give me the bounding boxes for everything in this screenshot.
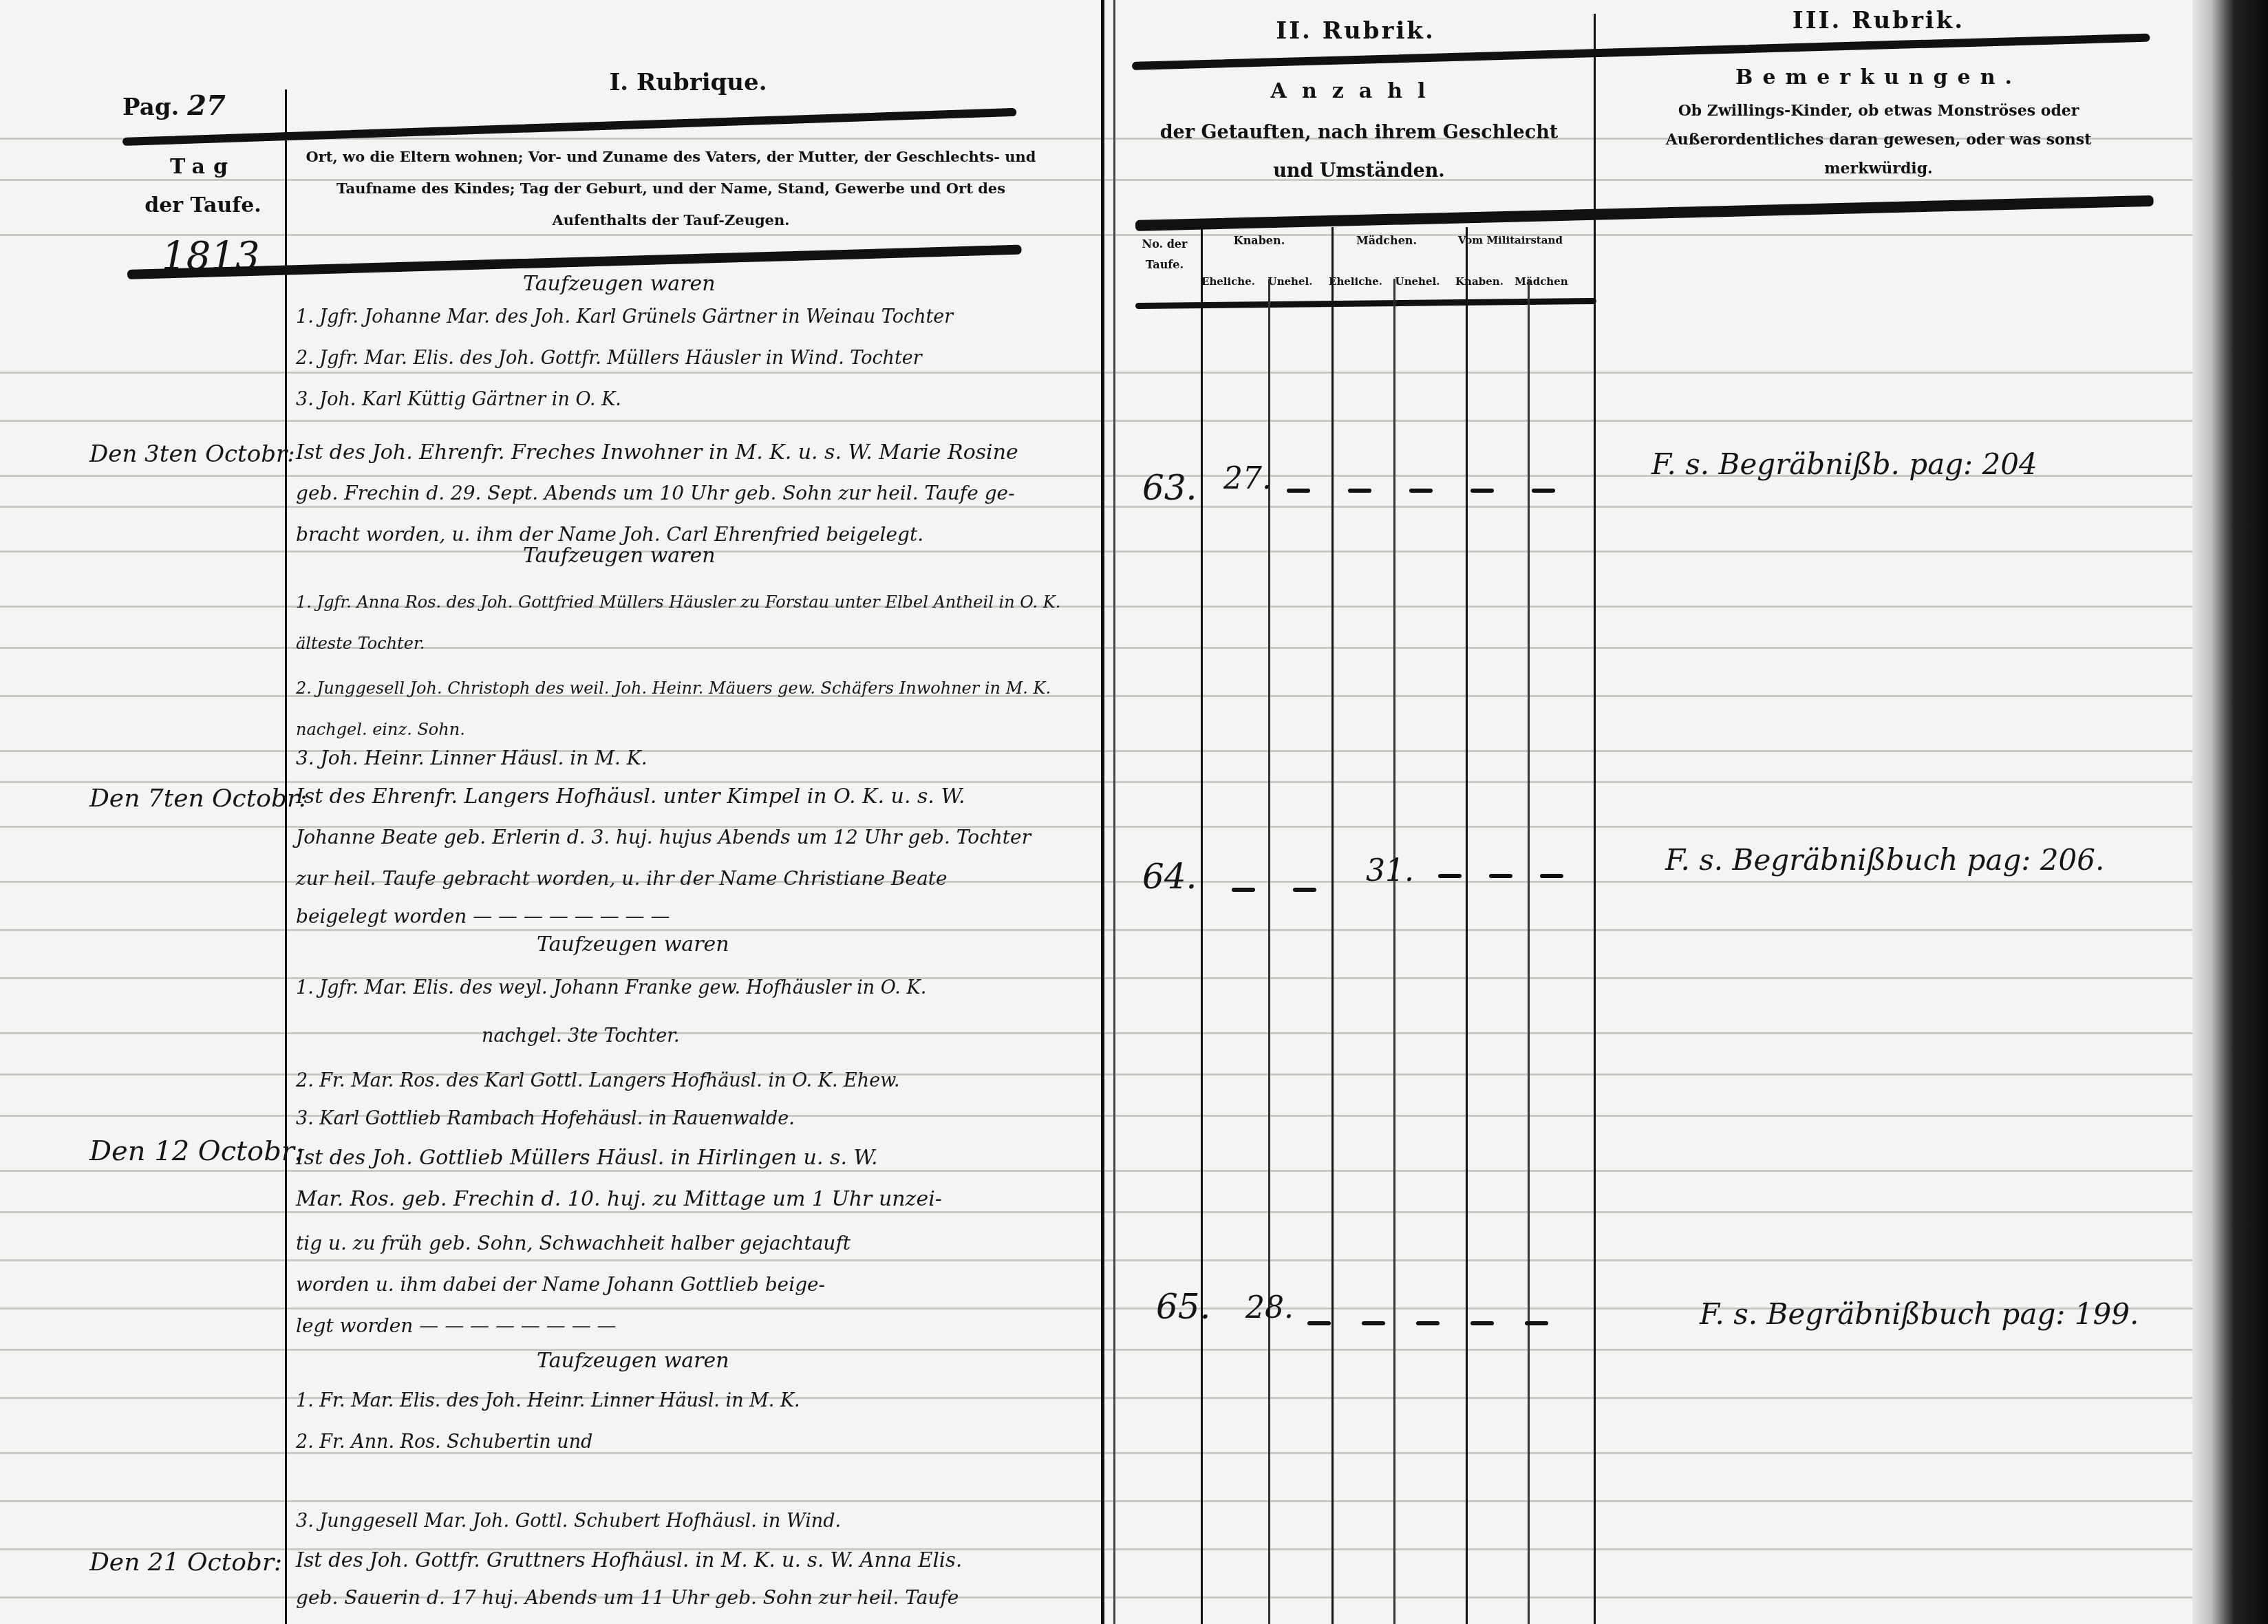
dash — [1525, 1321, 1548, 1325]
maedchen-unehel-header: Unehel. — [1387, 275, 1448, 288]
dash — [1470, 489, 1494, 493]
entry-3-empty-dashes — [1307, 1321, 1548, 1325]
header-rule-top-i — [122, 108, 1017, 146]
maedchen-group-header: Mädchen. — [1325, 234, 1448, 247]
entry-3-record-1: Ist des Joh. Gottlieb Müllers Häusl. in … — [296, 1146, 878, 1170]
entry-1-witness-heading: Taufzeugen waren — [523, 272, 716, 296]
maedchen-eheliche-header: Eheliche. — [1325, 275, 1387, 288]
entry-2-witness-3: 3. Joh. Heinr. Linner Häusl. in M. K. — [296, 747, 648, 769]
date-header-line2: der Taufe. — [127, 186, 279, 225]
entry-4-witness-heading: Taufzeugen waren — [537, 1349, 729, 1373]
entry-1-record-1: Ist des Joh. Ehrenfr. Freches Inwohner i… — [296, 440, 1018, 464]
entry-2-other-dashes — [1438, 874, 1563, 878]
dash — [1540, 874, 1563, 878]
dash — [1307, 1321, 1331, 1325]
entry-2-number: 64. — [1142, 857, 1197, 897]
entry-3-record-5: legt worden — — — — — — — — — [296, 1314, 617, 1337]
entry-1-record-2: geb. Frechin d. 29. Sept. Abends um 10 U… — [296, 482, 1015, 504]
entry-1-record-3: bracht worden, u. ihm der Name Joh. Carl… — [296, 523, 923, 546]
divider-main-column — [1101, 0, 1104, 1624]
entry-1-witness-1: 1. Jgfr. Johanne Mar. des Joh. Karl Grün… — [296, 306, 953, 328]
entry-3-date: Den 12 Octobr: — [89, 1135, 303, 1167]
bemerkungen-title: Bemerkungen. — [1638, 65, 2119, 89]
header-rule-bottom-ii-iii — [1135, 195, 2154, 231]
col-line-4 — [1393, 279, 1395, 1624]
anzahl-title: Anzahl — [1142, 79, 1569, 103]
date-header: Tag der Taufe. — [127, 148, 279, 225]
entry-2-record-2: Johanne Beate geb. Erlerin d. 3. huj. hu… — [296, 826, 1031, 848]
anzahl-subtitle: der Getauften, nach ihrem Geschlecht und… — [1156, 114, 1562, 191]
knaben-eheliche-header: Eheliche. — [1197, 275, 1259, 288]
knaben-group-header: Knaben. — [1197, 234, 1321, 247]
entry-1-number: 63. — [1142, 468, 1197, 508]
militair-maedchen-header: Mädchen — [1510, 275, 1572, 288]
entry-4-record-1: Ist des Joh. Gottfr. Gruttners Hofhäusl.… — [296, 1548, 962, 1572]
rubric-iii-title: III. Rubrik. — [1603, 7, 2154, 34]
divider-main-column-2 — [1113, 0, 1115, 1624]
dash — [1348, 489, 1371, 493]
date-header-line1: Tag — [127, 148, 279, 186]
entry-3-record-3: tig u. zu früh geb. Sohn, Schwachheit ha… — [296, 1232, 850, 1254]
divider-date-column — [285, 89, 287, 1624]
dash — [1438, 874, 1462, 878]
entry-2-record-1: Ist des Ehrenfr. Langers Hofhäusl. unter… — [296, 784, 965, 809]
dash — [1532, 489, 1555, 493]
entry-1-witness-2: 2. Jgfr. Mar. Elis. des Joh. Gottfr. Mül… — [296, 348, 922, 369]
entry-4-date: Den 21 Octobr: — [89, 1548, 282, 1577]
entry-2-knaben-dashes — [1232, 888, 1316, 892]
entry-3-witness-1: 1. Jgfr. Mar. Elis. des weyl. Johann Fra… — [296, 977, 926, 998]
rubric-ii-title: II. Rubrik. — [1142, 17, 1569, 45]
entry-4-witness-1: 1. Fr. Mar. Elis. des Joh. Heinr. Linner… — [296, 1390, 800, 1411]
page-label: Pag. 27 — [122, 89, 226, 122]
entry-4-record-2: geb. Sauerin d. 17 huj. Abends um 11 Uhr… — [296, 1586, 959, 1609]
dash — [1293, 888, 1316, 892]
entry-1-knaben-eheliche: 27. — [1223, 461, 1272, 496]
entry-2-witness-heading: Taufzeugen waren — [523, 544, 716, 568]
dash — [1287, 489, 1310, 493]
page-binding-edge — [2192, 0, 2268, 1624]
entry-1-remark: F. s. Begräbnißb. pag: 204 — [1651, 447, 2037, 481]
dash — [1416, 1321, 1440, 1325]
entry-2-date: Den 7ten Octobr: — [89, 784, 307, 813]
dash — [1232, 888, 1255, 892]
entry-3-witness-3: 2. Fr. Mar. Ros. des Karl Gottl. Langers… — [296, 1070, 900, 1091]
entry-3-knaben-eheliche: 28. — [1245, 1290, 1294, 1325]
entry-3-remark: F. s. Begräbnißbuch pag: 199. — [1700, 1297, 2139, 1331]
entry-1-empty-dashes — [1287, 489, 1576, 493]
dash — [1489, 874, 1512, 878]
col-line-6 — [1528, 279, 1530, 1624]
entry-2-record-3: zur heil. Taufe gebracht worden, u. ihr … — [296, 867, 948, 890]
entry-2-witness-1: 1. Jgfr. Anna Ros. des Joh. Gottfried Mü… — [296, 581, 1087, 664]
bemerkungen-subtitle: Ob Zwillings-Kinder, ob etwas Monströses… — [1651, 96, 2106, 183]
entry-3-witness-4: 3. Karl Gottlieb Rambach Hofehäusl. in R… — [296, 1108, 795, 1129]
entry-2-maedchen-eheliche: 31. — [1366, 853, 1414, 888]
page-number: 27 — [187, 89, 226, 122]
entry-3-record-4: worden u. ihm dabei der Name Johann Gott… — [296, 1273, 825, 1296]
entry-2-record-4: beigelegt worden — — — — — — — — — [296, 905, 670, 928]
column-i-description: Ort, wo die Eltern wohnen; Vor- und Zuna… — [303, 141, 1039, 236]
entry-3-witness-heading: Taufzeugen waren — [537, 932, 729, 957]
entry-2-remark: F. s. Begräbnißbuch pag: 206. — [1665, 843, 2104, 877]
militair-knaben-header: Knaben. — [1448, 275, 1510, 288]
entry-1-date: Den 3ten Octobr: — [89, 440, 295, 468]
entry-1-witness-3: 3. Joh. Karl Küttig Gärtner in O. K. — [296, 389, 621, 410]
entry-4-witness-2: 2. Fr. Ann. Ros. Schubertin und — [296, 1431, 592, 1453]
entry-2-witness-2: 2. Junggesell Joh. Christoph des weil. J… — [296, 667, 1087, 750]
entry-3-record-2: Mar. Ros. geb. Frechin d. 10. huj. zu Mi… — [296, 1187, 942, 1211]
dash — [1470, 1321, 1494, 1325]
entry-4-witness-3: 3. Junggesell Mar. Joh. Gottl. Schubert … — [296, 1510, 841, 1532]
col-line-5 — [1466, 227, 1468, 1624]
entry-3-number: 65. — [1156, 1287, 1211, 1327]
col-line-1 — [1201, 227, 1203, 1624]
rubric-i-title: I. Rubrique. — [482, 69, 895, 96]
dash — [1409, 489, 1433, 493]
dash — [1362, 1321, 1385, 1325]
no-der-taufe-header: No. der Taufe. — [1135, 234, 1194, 275]
entry-3-witness-2: nachgel. 3te Tochter. — [482, 1025, 680, 1047]
col-line-3 — [1331, 227, 1334, 1624]
page-label-text: Pag. — [122, 94, 179, 121]
